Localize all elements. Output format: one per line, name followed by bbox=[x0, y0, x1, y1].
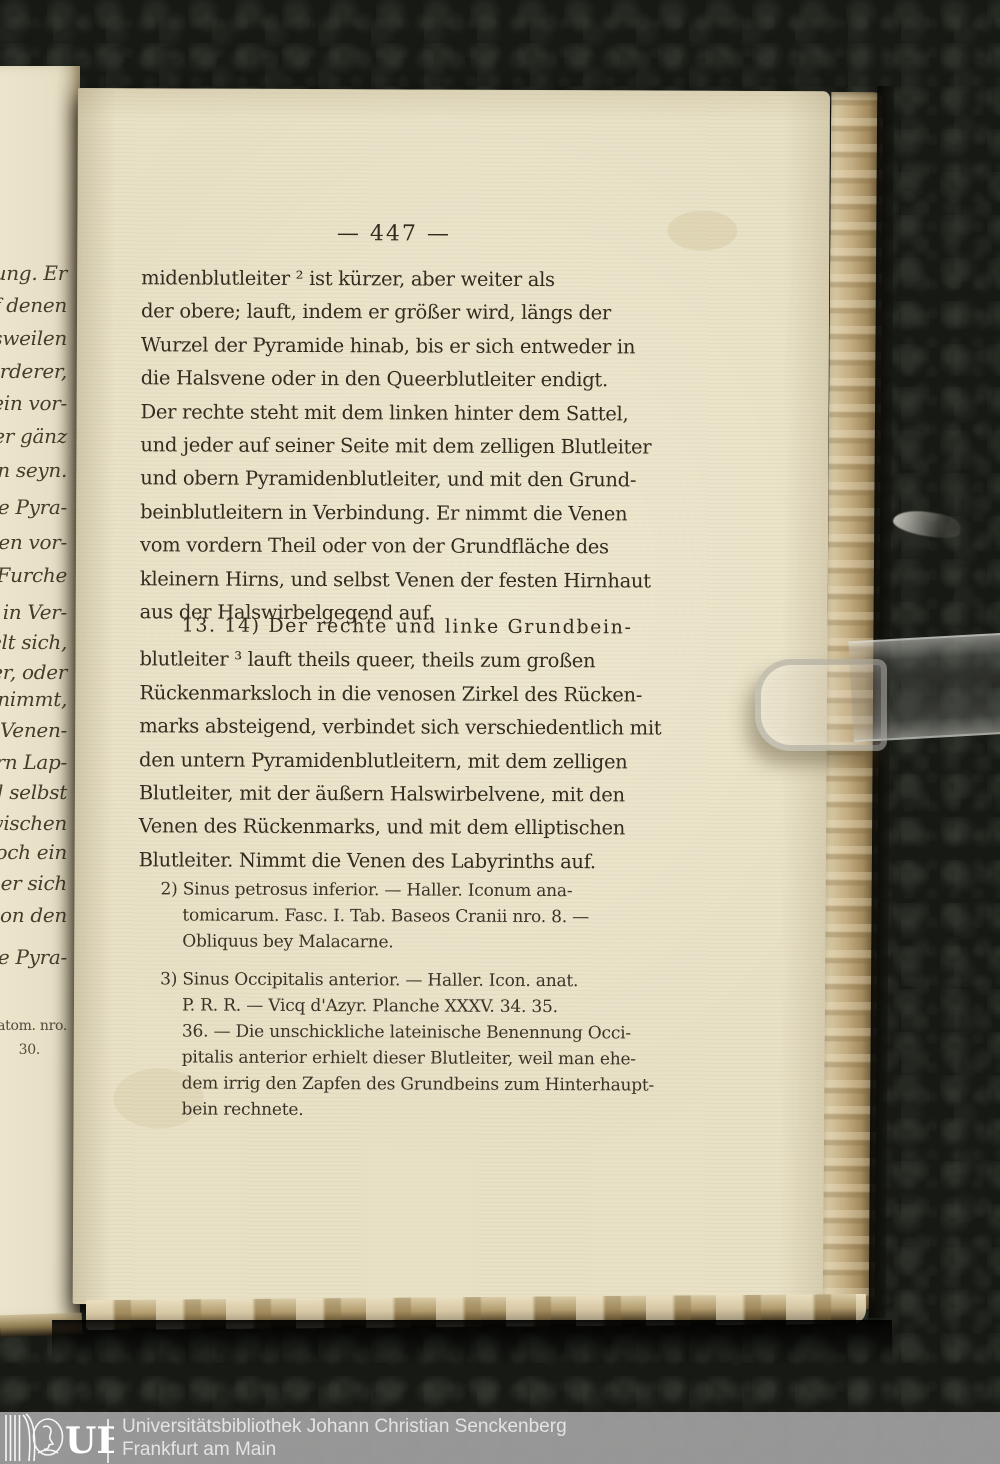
footnotes: 2) Sinus petrosus inferior. — Haller. Ic… bbox=[159, 876, 680, 1124]
left-page-text-fragment: sein vorderer, bbox=[0, 359, 67, 383]
page-holder-tip bbox=[755, 659, 887, 751]
footnote-line: Obliquus bey Malacarne. bbox=[160, 928, 680, 956]
ub-logo-text: UB bbox=[65, 1420, 114, 1462]
text-line: Blutleiter, mit der äußern Halswirbelven… bbox=[139, 776, 651, 812]
left-page-text-fragment: a, und selbst bbox=[0, 780, 67, 804]
left-page-text-fragment: äußersten vor- bbox=[0, 530, 67, 554]
text-line: und jeder auf seiner Seite mit dem zelli… bbox=[140, 428, 652, 464]
left-page-text-fragment: eiter, oder bbox=[0, 660, 67, 684]
paragraph-2: 13. 14) Der rechte und linke Grundbein- … bbox=[139, 609, 652, 878]
text-line: beinblutleitern in Verbindung. Er nimmt … bbox=[140, 495, 652, 531]
text-line: den untern Pyramidenblutleitern, mit dem… bbox=[139, 743, 651, 779]
left-page-text-fragment: ängelt sich, bbox=[0, 630, 67, 654]
book-scan-photo: indung. Er n, auf denen gs, bisweilen se… bbox=[0, 0, 1000, 1464]
footnote-line: pitalis anterior erhielt dieser Blutleit… bbox=[160, 1044, 680, 1072]
left-page-text-fragment: 30. bbox=[19, 1042, 40, 1058]
footnote-line: bein rechnete. bbox=[159, 1096, 679, 1124]
left-page-text-fragment: t, Venen- bbox=[0, 718, 67, 742]
left-page-text-fragment: uft zwischen bbox=[0, 811, 67, 835]
left-page-text-fragment: fehlt er gänz bbox=[0, 424, 67, 448]
page-number: — 447 — bbox=[141, 220, 646, 247]
paragraph-1: midenblutleiter ² ist kürzer, aber weite… bbox=[140, 261, 654, 631]
text-line: kleinern Hirns, und selbst Venen der fes… bbox=[140, 562, 652, 598]
text-line: Rückenmarksloch in die venosen Zirkel de… bbox=[139, 676, 651, 712]
left-page-text-fragment: indung. Er bbox=[0, 261, 67, 285]
text-line: vom vordern Theil oder von der Grundfläc… bbox=[140, 528, 652, 564]
text-line: marks absteigend, verbindet sich verschi… bbox=[139, 709, 651, 745]
footnote-line: tomicarum. Fasc. I. Tab. Baseos Cranii n… bbox=[160, 902, 680, 930]
left-page-text-fragment: fehlt sein vor- bbox=[0, 391, 67, 415]
text-line: und obern Pyramidenblutleiter, und mit d… bbox=[140, 462, 652, 498]
library-name-line2: Frankfurt am Main bbox=[122, 1438, 567, 1461]
footnote-line: 3) Sinus Occipitalis anterior. — Haller.… bbox=[160, 966, 680, 994]
ub-logo-icon: UB bbox=[2, 1407, 114, 1464]
library-banner: UB Universitätsbibliothek Johann Christi… bbox=[0, 1412, 1000, 1464]
book-page: — 447 — midenblutleiter ² ist kürzer, ab… bbox=[73, 88, 830, 1307]
left-page-text-fragment: eine Furche bbox=[0, 563, 67, 587]
text-line: Blutleiter. Nimmt die Venen des Labyrint… bbox=[139, 843, 651, 879]
text-line: die Halsvene oder in den Queerblutleiter… bbox=[141, 361, 653, 397]
left-page-text-fragment: ordern Lap- bbox=[0, 750, 67, 774]
left-page-text-fragment: ter noch ein bbox=[0, 840, 67, 864]
left-page-text-fragment: bere Pyra- bbox=[0, 495, 67, 519]
left-page-text-fragment: gs, bisweilen bbox=[0, 326, 67, 350]
left-page-text-fragment: gewesen seyn. bbox=[0, 458, 67, 482]
leather-scuff bbox=[892, 507, 963, 541]
left-page-text-fragment: , welcher sich bbox=[0, 871, 67, 895]
text-line: Venen des Rückenmarks, und mit dem ellip… bbox=[139, 810, 651, 846]
page-shadow bbox=[52, 1320, 892, 1366]
facing-page-edge: indung. Er n, auf denen gs, bisweilen se… bbox=[0, 66, 80, 1318]
left-page-text-fragment: tere Pyra- bbox=[0, 945, 67, 969]
left-page-text-fragment: n, auf denen bbox=[0, 293, 67, 317]
left-page-text-fragment: gt, in Ver- bbox=[0, 600, 67, 624]
footnote-line: 36. — Die unschickliche lateinische Bene… bbox=[160, 1018, 680, 1046]
text-line: der obere; lauft, indem er größer wird, … bbox=[141, 295, 653, 331]
left-page-text-fragment: natom. nro. bbox=[0, 1018, 67, 1034]
text-line: blutleiter ³ lauft theils queer, theils … bbox=[139, 643, 651, 679]
left-page-text-fragment: Er nimmt, bbox=[0, 687, 67, 711]
footnote-line: P. R. R. — Vicq d'Azyr. Planche XXXV. 34… bbox=[160, 992, 680, 1020]
text-line: Wurzel der Pyramide hinab, bis er sich e… bbox=[141, 328, 653, 364]
text-line: midenblutleiter ² ist kürzer, aber weite… bbox=[141, 261, 653, 297]
left-page-text-fragment: enen von den bbox=[0, 903, 67, 927]
library-name: Universitätsbibliothek Johann Christian … bbox=[122, 1415, 567, 1461]
text-line: 13. 14) Der rechte und linke Grundbein- bbox=[140, 609, 652, 645]
text-line: Der rechte steht mit dem linken hinter d… bbox=[141, 395, 653, 431]
footnote-line: dem irrig den Zapfen des Grundbeins zum … bbox=[160, 1070, 680, 1098]
library-name-line1: Universitätsbibliothek Johann Christian … bbox=[122, 1415, 567, 1438]
footnote-line: 2) Sinus petrosus inferior. — Haller. Ic… bbox=[160, 876, 680, 904]
